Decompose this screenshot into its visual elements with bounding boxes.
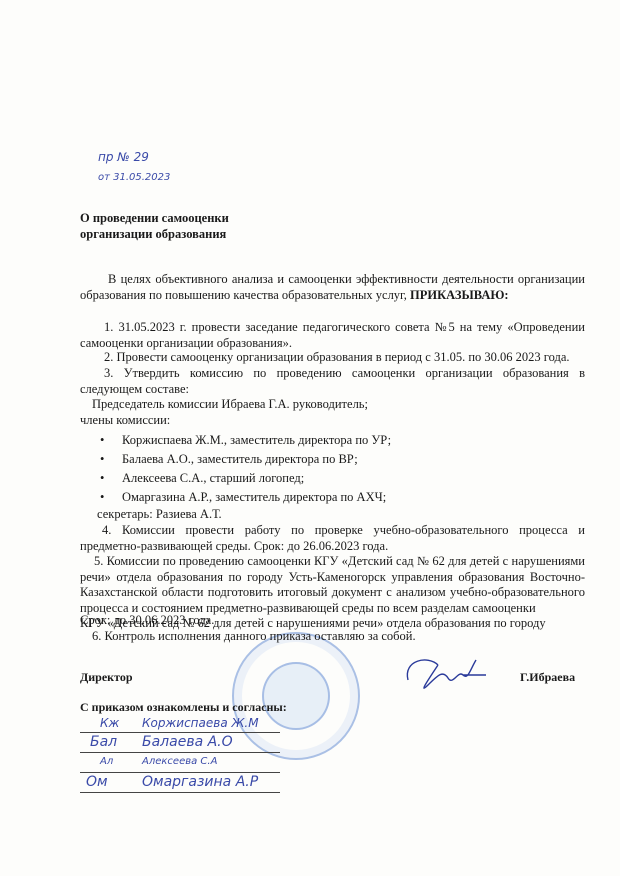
document-title: О проведении самооценки организации обра… xyxy=(80,210,229,242)
command-word: ПРИКАЗЫВАЮ: xyxy=(410,288,509,302)
director-signature xyxy=(398,650,488,700)
members-list: Коржиспаева Ж.М., заместитель директора … xyxy=(82,431,391,507)
secretary: секретарь: Разиева А.Т. xyxy=(97,507,222,523)
ack-row: Кж Коржиспаева Ж.М xyxy=(80,714,280,734)
order-number: пр № 29 xyxy=(98,150,149,164)
ack-signature: Кж xyxy=(100,716,119,730)
member-item: Омаргазина А.Р., заместитель директора п… xyxy=(122,488,391,507)
director-position: Директор xyxy=(80,670,133,686)
order-item-6: 6. Контроль исполнения данного приказа о… xyxy=(92,629,416,645)
member-item: Алексеева С.А., старший логопед; xyxy=(122,469,391,488)
ack-row: Бал Балаева А.О xyxy=(80,734,280,754)
member-item: Балаева А.О., заместитель директора по В… xyxy=(122,450,391,469)
order-item-2: 2. Провести самооценку организации образ… xyxy=(80,350,585,366)
member-item: Коржиспаева Ж.М., заместитель директора … xyxy=(122,431,391,450)
ack-name: Коржиспаева Ж.М xyxy=(142,716,259,730)
members-label: члены комиссии: xyxy=(80,413,170,429)
commission-chair: Председатель комиссии Ибраева Г.А. руков… xyxy=(92,397,368,413)
order-date: от 31.05.2023 xyxy=(98,172,170,183)
order-item-4: 4. Комиссии провести работу по проверке … xyxy=(80,523,585,554)
ack-row: Ал Алексеева С.А xyxy=(80,754,280,774)
ack-signature: Бал xyxy=(90,734,117,750)
ack-name: Алексеева С.А xyxy=(142,756,217,767)
title-line-2: организации образования xyxy=(80,226,229,242)
intro-text: В целях объективного анализа и самооценк… xyxy=(80,272,585,302)
deadline-5: Срок: до 30.06.2023 года. xyxy=(80,613,214,629)
ack-signature: Ал xyxy=(100,756,113,767)
order-item-1: 1. 31.05.2023 г. провести заседание педа… xyxy=(80,320,585,351)
ack-name: Омаргазина А.Р xyxy=(142,774,258,790)
intro-paragraph: В целях объективного анализа и самооценк… xyxy=(80,272,585,303)
ack-name: Балаева А.О xyxy=(142,734,233,750)
ack-row: Ом Омаргазина А.Р xyxy=(80,774,310,796)
order-item-3: 3. Утвердить комиссию по проведению само… xyxy=(80,366,585,397)
director-name: Г.Ибраева xyxy=(520,670,575,686)
title-line-1: О проведении самооценки xyxy=(80,210,229,226)
ack-signature: Ом xyxy=(86,774,108,790)
